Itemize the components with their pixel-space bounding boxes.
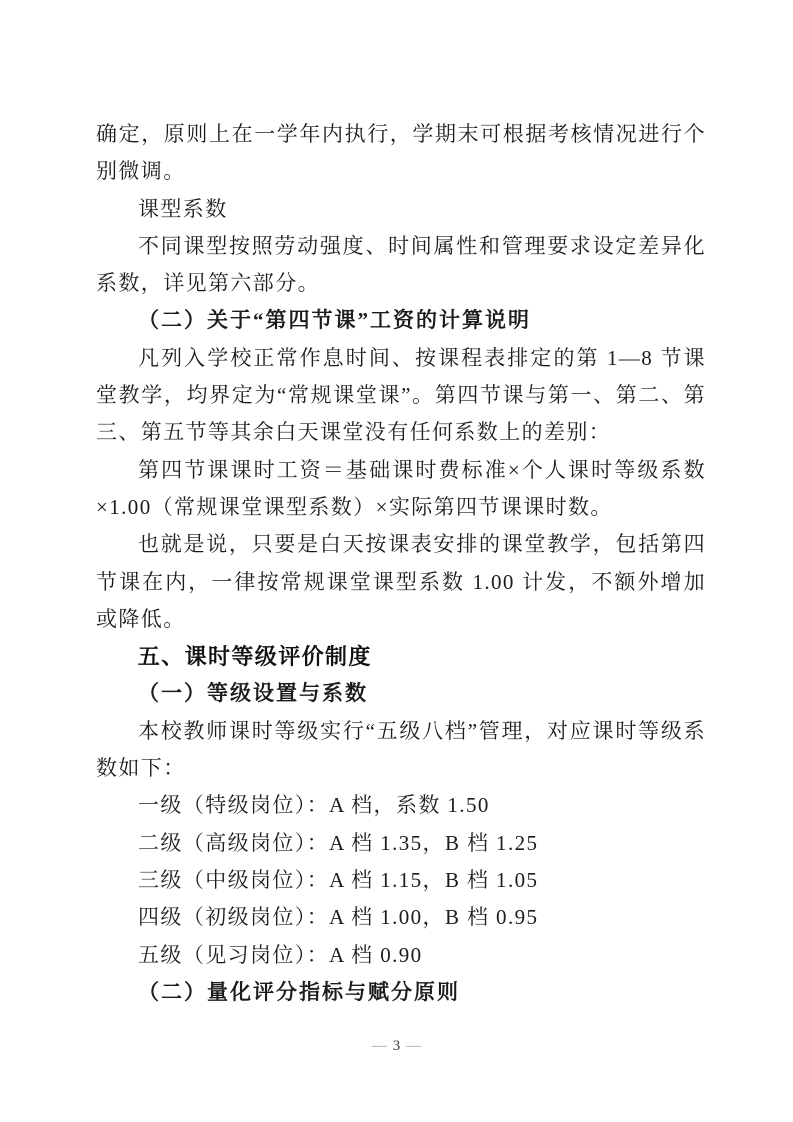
paragraph-fourth-period-definition: 凡列入学校正常作息时间、按课程表排定的第 1—8 节课堂教学，均界定为“常规课堂… xyxy=(96,340,706,452)
list-item-grade-2: 二级（高级岗位）：A 档 1.35，B 档 1.25 xyxy=(96,825,706,862)
heading-section-grade-setting: （一）等级设置与系数 xyxy=(96,675,706,712)
paragraph-continuation: 确定，原则上在一学年内执行，学期末可根据考核情况进行个别微调。 xyxy=(96,116,706,191)
document-page: 确定，原则上在一学年内执行，学期末可根据考核情况进行个别微调。 课型系数 不同课… xyxy=(0,0,793,1122)
document-body: 确定，原则上在一学年内执行，学期末可根据考核情况进行个别微调。 课型系数 不同课… xyxy=(96,116,706,1011)
paragraph-fourth-period-formula: 第四节课课时工资＝基础课时费标准×个人课时等级系数×1.00（常规课堂课型系数）… xyxy=(96,452,706,527)
list-item-grade-3: 三级（中级岗位）：A 档 1.15，B 档 1.05 xyxy=(96,862,706,899)
heading-section-scoring-principles: （二）量化评分指标与赋分原则 xyxy=(96,974,706,1011)
list-item-grade-1: 一级（特级岗位）：A 档，系数 1.50 xyxy=(96,787,706,824)
paragraph-fourth-period-note: 也就是说，只要是白天按课表安排的课堂教学，包括第四节课在内，一律按常规课堂课型系… xyxy=(96,526,706,638)
paragraph-course-type-coefficient-label: 课型系数 xyxy=(96,191,706,228)
paragraph-grade-system-intro: 本校教师课时等级实行“五级八档”管理，对应课时等级系数如下： xyxy=(96,713,706,788)
page-footer: —3— xyxy=(0,1032,793,1060)
list-item-grade-5: 五级（见习岗位）：A 档 0.90 xyxy=(96,937,706,974)
list-item-grade-4: 四级（初级岗位）：A 档 1.00，B 档 0.95 xyxy=(96,899,706,936)
heading-section-fourth-period-pay: （二）关于“第四节课”工资的计算说明 xyxy=(96,302,706,339)
page-number-left-dash: — xyxy=(372,1038,387,1054)
paragraph-course-type-coefficient-desc: 不同课型按照劳动强度、时间属性和管理要求设定差异化系数，详见第六部分。 xyxy=(96,228,706,303)
heading-chapter-five: 五、课时等级评价制度 xyxy=(96,638,706,675)
page-number: 3 xyxy=(393,1038,401,1054)
page-number-right-dash: — xyxy=(406,1038,421,1054)
